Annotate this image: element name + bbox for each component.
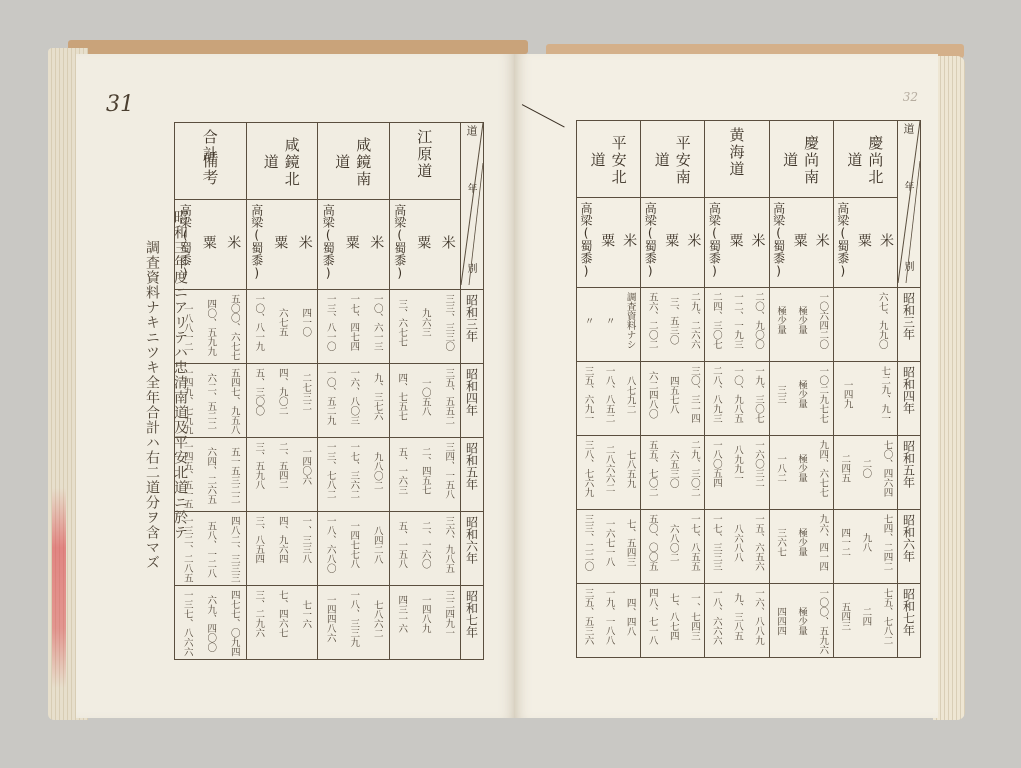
data-cell: 三二四九一一四八九四三一六 xyxy=(389,586,461,660)
data-cell: 一〇、六一三一七、四七四一三、八一〇 xyxy=(318,290,390,364)
value: 七、八七四 xyxy=(666,588,680,645)
value: 七、五四三 xyxy=(623,514,637,571)
data-cell: 九、三七六一六、八〇三一〇、五二九 xyxy=(318,364,390,438)
value: 四四四 xyxy=(773,588,787,655)
value: 極少量 xyxy=(794,292,808,349)
value: 一〇、八一九 xyxy=(251,294,265,351)
region-name: 平安北道 xyxy=(588,121,630,193)
data-cell: 七〇、四六四二〇二四五 xyxy=(833,436,897,510)
value: 三、五三〇 xyxy=(666,292,680,349)
value: 一四五、五一五 xyxy=(180,442,194,509)
value: 四五七八 xyxy=(666,366,680,423)
crop-header-row: 米粟高梁(蜀黍)米粟高梁(蜀黍)米粟高梁(蜀黍)米粟高梁(蜀黍)米粟高梁(蜀黍) xyxy=(577,198,921,288)
value: 三四、一五八 xyxy=(441,442,455,499)
crop-name: 高梁(蜀黍) xyxy=(706,202,723,278)
value: 五八、一二八 xyxy=(203,516,217,583)
region-header-cell: 慶尚北道 xyxy=(833,121,897,198)
region-header-cell: 平安南道 xyxy=(641,121,705,198)
value: 四八、七一八 xyxy=(645,588,659,645)
value: 六二、五二二 xyxy=(203,368,217,435)
data-cell: 七八六二一八、三三九一四四八六 xyxy=(318,586,390,660)
crop-name: 粟 xyxy=(270,204,290,280)
value: 一〇二九七七 xyxy=(815,366,829,423)
crop-name: 米 xyxy=(223,204,243,280)
year-label: 昭和三年 xyxy=(901,288,918,340)
value: 三三、二二〇 xyxy=(581,514,595,571)
crop-name: 米 xyxy=(295,204,315,280)
value: 二、四五七 xyxy=(418,442,432,499)
value: 五一五三二二 xyxy=(227,442,241,509)
region-name: 慶尚南道 xyxy=(780,121,822,193)
value: 三、六七七 xyxy=(394,294,408,351)
value: 極少量 xyxy=(773,292,787,349)
year-label: 昭和三年 xyxy=(464,290,481,342)
value: 二八六六二 xyxy=(602,440,616,497)
data-cell: 五四七、九五八六二、五二二一四九、七九九 xyxy=(175,364,247,438)
value: 一七、八五五 xyxy=(687,514,701,571)
value: 一四八九 xyxy=(418,590,432,638)
pencil-stroke xyxy=(522,104,565,128)
crop-name: 高梁(蜀黍) xyxy=(642,202,659,278)
crop-name: 米 xyxy=(812,202,832,278)
value: 三五、六九一 xyxy=(581,366,595,423)
data-cell: 九八〇二一七、三六二一三、七八二 xyxy=(318,438,390,512)
value: 三八、七六九 xyxy=(581,440,595,497)
region-header-row: 平安北道平安南道黄海道慶尚南道慶尚北道道年別 xyxy=(577,121,921,198)
value: 一八八一二 xyxy=(180,294,194,361)
value: 五〇、〇〇五 xyxy=(645,514,659,571)
data-cell: 七一六七、四六七三、二九六 xyxy=(246,586,318,660)
data-cell: 四八二、三三三五八、一二八一三二、二八五 xyxy=(175,512,247,586)
value: 三六、九八五 xyxy=(441,516,455,573)
crop-name: 高梁(蜀黍) xyxy=(835,202,852,278)
value: 六八〇二 xyxy=(666,514,680,571)
data-cell: 三五、五五二一〇五八四、七五七 xyxy=(389,364,461,438)
value: 一三、八一〇 xyxy=(323,294,337,351)
crop-name: 高梁(蜀黍) xyxy=(177,204,194,280)
cover-edge-left xyxy=(68,40,528,54)
year-cell: 昭和四年 xyxy=(461,364,484,438)
value: 一九、一八八 xyxy=(602,588,616,645)
value: 一四〇六 xyxy=(298,442,312,490)
value: 九六、四一四 xyxy=(815,514,829,571)
value: 一八、三三九 xyxy=(346,590,360,647)
value: 二四、三〇七 xyxy=(709,292,723,349)
value: 二四五 xyxy=(837,440,851,497)
year-cell: 昭和五年 xyxy=(898,436,921,510)
value: 極少量 xyxy=(794,440,808,497)
value: 三三 xyxy=(773,366,787,423)
data-cell: 八四二八一四七七八一八、六八〇 xyxy=(318,512,390,586)
corner-label-top: 道 xyxy=(900,123,916,134)
table-row: 五一五三二二六四、二六五一四五、五一五一四〇六二、五四二三、五九八九八〇二一七、… xyxy=(175,438,484,512)
region-name: 平安南道 xyxy=(652,121,694,193)
corner-header-cell: 道年別 xyxy=(898,121,921,288)
data-cell: 五〇〇、六七七四〇、五九九一八八一二 xyxy=(175,290,247,364)
table-row: 七、五四三一六七一八三三、二二〇一七、八五五六八〇二五〇、〇〇五一五、六五六八六… xyxy=(577,510,921,584)
data-cell: 調査資料ナシ〃〃 xyxy=(577,288,641,362)
data-cell: 一五、六五六八六八八一七、三三三 xyxy=(705,510,769,584)
value: 一六、八八九 xyxy=(751,588,765,645)
value: 七〇、四六四 xyxy=(879,440,893,497)
year-label: 昭和六年 xyxy=(464,512,481,564)
data-cell: 七八五九二八六六二三八、七六九 xyxy=(577,436,641,510)
corner-label-bottom: 別 xyxy=(463,263,478,273)
data-cell: 二九、二六六三、五三〇五六、二〇二 xyxy=(641,288,705,362)
value: 四一〇 xyxy=(298,294,312,351)
table-row: 四八二、三三三五八、一二八一三二、二八五一、三三八四、九六四三、八五四八四二八一… xyxy=(175,512,484,586)
region-name: 江原道 xyxy=(414,123,435,180)
crop-header-cell: 米粟高梁(蜀黍) xyxy=(175,200,247,290)
value: 一〇〇、五九六 xyxy=(815,588,829,655)
region-name: 咸鏡北道 xyxy=(261,123,303,195)
value: 一八、六八〇 xyxy=(323,516,337,573)
value: 五、一六三 xyxy=(394,442,408,499)
value: 七八六二 xyxy=(370,590,384,647)
crop-name: 粟 xyxy=(790,202,810,278)
crop-header-cell: 米粟高梁(蜀黍) xyxy=(577,198,641,288)
value: 二七三二 xyxy=(298,368,312,416)
data-cell: 六七、九九〇 xyxy=(833,288,897,362)
value: 三二四九一 xyxy=(441,590,455,638)
crop-header-cell: 米粟高梁(蜀黍) xyxy=(833,198,897,288)
year-cell: 昭和六年 xyxy=(461,512,484,586)
table-row: 五四七、九五八六二、五二二一四九、七九九二七三二四、九〇二五、三〇〇九、三七六一… xyxy=(175,364,484,438)
value: 九、三七六 xyxy=(370,368,384,425)
crop-header-cell: 米粟高梁(蜀黍) xyxy=(705,198,769,288)
data-cell: 三六、九八五二、一六〇五、一五八 xyxy=(389,512,461,586)
crop-name: 高梁(蜀黍) xyxy=(578,202,595,278)
value: 五、一五八 xyxy=(394,516,408,573)
value: 五〇〇、六七七 xyxy=(227,294,241,361)
data-cell: 三四、一五八二、四五七五、一六三 xyxy=(389,438,461,512)
year-label: 昭和七年 xyxy=(901,584,918,636)
value: 六七、九九〇 xyxy=(875,292,889,349)
value: 一八二 xyxy=(773,440,787,497)
value: 二九、三〇二 xyxy=(687,440,701,497)
region-name: 慶尚北道 xyxy=(844,121,886,193)
corner-label-middle: 年 xyxy=(463,183,478,193)
value: 四〇、五九九 xyxy=(203,294,217,361)
data-cell: 一〇六四二〇極少量極少量 xyxy=(769,288,833,362)
year-label: 昭和七年 xyxy=(464,586,481,638)
page-number: 32 xyxy=(903,90,918,104)
data-cell: 一、七四三七、八七四四八、七一八 xyxy=(641,584,705,658)
page-number: 31 xyxy=(106,92,134,117)
region-name: 咸鏡南道 xyxy=(332,123,374,195)
value: 一、三三八 xyxy=(298,516,312,564)
crop-name: 粟 xyxy=(661,202,681,278)
crop-name: 高梁(蜀黍) xyxy=(320,204,337,280)
table-row: 七八五九二八六六二三八、七六九二九、三〇二六五三〇五五、七〇二一六〇三二八九九一… xyxy=(577,436,921,510)
value: 一七、三六二 xyxy=(346,442,360,499)
value: 九八 xyxy=(858,514,872,571)
crop-header-cell: 米粟高梁(蜀黍) xyxy=(246,200,318,290)
value: 一四九 xyxy=(840,366,854,423)
region-header-cell: 江原道 xyxy=(389,123,461,200)
crop-name: 米 xyxy=(366,204,386,280)
value: 九八〇二 xyxy=(370,442,384,499)
value: 八七九二 xyxy=(623,366,637,423)
value: 六二四八〇 xyxy=(645,366,659,423)
value: 四、九〇二 xyxy=(275,368,289,416)
region-header-cell: 平安北道 xyxy=(577,121,641,198)
data-cell: 九六、四一四極少量三六七 xyxy=(769,510,833,584)
value: 極少量 xyxy=(794,514,808,571)
table-row: 四七七、〇九四六九、四〇〇一三七、八六六七一六七、四六七三、二九六七八六二一八、… xyxy=(175,586,484,660)
value: 三五、五五二 xyxy=(441,368,455,425)
value: 四、四八 xyxy=(623,588,637,645)
crop-name: 高梁(蜀黍) xyxy=(771,202,788,278)
table-row: 四、四八一九、一八八三五、五三六一、七四三七、八七四四八、七一八一六、八八九九、… xyxy=(577,584,921,658)
value: 六七五 xyxy=(275,294,289,351)
data-cell: 九四、六七七極少量一八二 xyxy=(769,436,833,510)
region-header-cell: 咸鏡北道 xyxy=(246,123,318,200)
value: 極少量 xyxy=(794,366,808,423)
value: 五四七、九五八 xyxy=(227,368,241,435)
data-cell: 一〇〇、五九六極少量四四四 xyxy=(769,584,833,658)
value: 六五三〇 xyxy=(666,440,680,497)
data-cell: 七、五四三一六七一八三三、二二〇 xyxy=(577,510,641,584)
value: 八六八八 xyxy=(730,514,744,571)
value: 二、一六〇 xyxy=(418,516,432,573)
crop-name: 粟 xyxy=(199,204,219,280)
crop-name: 粟 xyxy=(725,202,745,278)
crop-name: 粟 xyxy=(413,204,433,280)
diagonal-lines xyxy=(461,123,483,285)
value: 四三一六 xyxy=(394,590,408,638)
data-cell: 一六〇三二八九九一一八〇五四 xyxy=(705,436,769,510)
red-stamp-mark xyxy=(52,488,66,688)
data-cell: 七四、二四二九八四一二 xyxy=(833,510,897,584)
data-cell: 四一〇六七五一〇、八一九 xyxy=(246,290,318,364)
region-header-cell: 黄海道 xyxy=(705,121,769,198)
region-name: 合計 xyxy=(200,123,221,163)
statistics-table-right: 平安北道平安南道黄海道慶尚南道慶尚北道道年別米粟高梁(蜀黍)米粟高梁(蜀黍)米粟… xyxy=(576,120,921,658)
value: 三、五九八 xyxy=(251,442,265,490)
right-page: 32 平安北道平安南道黄海道慶尚南道慶尚北道道年別米粟高梁(蜀黍)米粟高梁(蜀黍… xyxy=(514,54,938,718)
crop-name: 米 xyxy=(748,202,768,278)
value: 二〇 xyxy=(858,440,872,497)
value: 一三二、二八五 xyxy=(180,516,194,583)
crop-name: 米 xyxy=(619,202,639,278)
value: 〃 xyxy=(602,292,616,349)
value: 一八、八五二 xyxy=(602,366,616,423)
region-name: 黄海道 xyxy=(726,121,747,178)
data-cell: 二七三二四、九〇二五、三〇〇 xyxy=(246,364,318,438)
value: 四一二 xyxy=(837,514,851,571)
value: 〃 xyxy=(581,292,595,349)
value: 調査資料ナシ xyxy=(623,292,637,349)
value: 七四、二四二 xyxy=(879,514,893,571)
left-page: 31 備考 昭和三年度ニアリテハ忠清南道及平安北道ニ於テ 調査資料ナキニツキ全年… xyxy=(76,54,516,718)
data-cell: 二〇、九〇〇一二、一九三二四、三〇七 xyxy=(705,288,769,362)
value: 七一六 xyxy=(298,590,312,638)
value: 一三七、八六六 xyxy=(180,590,194,657)
value: 四八二、三三三 xyxy=(227,516,241,583)
corner-header-cell: 道年別 xyxy=(461,123,484,290)
crop-header-cell: 米粟高梁(蜀黍) xyxy=(389,200,461,290)
value: 七、四六七 xyxy=(275,590,289,638)
remarks-line: 調査資料ナキニツキ全年合計ハ右二道分ヲ含マズ xyxy=(142,240,162,710)
value: 九六三 xyxy=(418,294,432,351)
value: 三、八五四 xyxy=(251,516,265,564)
value: 一〇、六一三 xyxy=(370,294,384,351)
data-cell: 一〇二九七七極少量三三 xyxy=(769,362,833,436)
value: 二九、二六六 xyxy=(687,292,701,349)
value: 六四、二六五 xyxy=(203,442,217,509)
value: 九四、六七七 xyxy=(815,440,829,497)
year-cell: 昭和五年 xyxy=(461,438,484,512)
value: 六九、四〇〇 xyxy=(203,590,217,657)
region-header-cell: 慶尚南道 xyxy=(769,121,833,198)
corner-label-middle: 年 xyxy=(900,181,915,191)
data-cell: 一、三三八四、九六四三、八五四 xyxy=(246,512,318,586)
data-cell: 一六、八八九九、三八五一八、六六六 xyxy=(705,584,769,658)
value: 二、五四二 xyxy=(275,442,289,490)
year-label: 昭和六年 xyxy=(901,510,918,562)
value: 三六七 xyxy=(773,514,787,571)
statistics-table-left: 合計咸鏡北道咸鏡南道江原道道年別米粟高梁(蜀黍)米粟高梁(蜀黍)米粟高梁(蜀黍)… xyxy=(174,122,484,660)
year-cell: 昭和七年 xyxy=(898,584,921,658)
data-cell: 七五、七八二二四五四三 xyxy=(833,584,897,658)
region-header-cell: 合計 xyxy=(175,123,247,200)
year-label: 昭和五年 xyxy=(464,438,481,490)
value: 二八、八九三 xyxy=(709,366,723,423)
open-book: 31 備考 昭和三年度ニアリテハ忠清南道及平安北道ニ於テ 調査資料ナキニツキ全年… xyxy=(48,40,968,730)
value: 一五、六五六 xyxy=(751,514,765,571)
data-cell: 二九、三〇二六五三〇五五、七〇二 xyxy=(641,436,705,510)
crop-name: 米 xyxy=(683,202,703,278)
data-cell: 四、四八一九、一八八三五、五三六 xyxy=(577,584,641,658)
value: 一〇、九八五 xyxy=(730,366,744,423)
value: 一二、一九三 xyxy=(730,292,744,349)
value: 四、九六四 xyxy=(275,516,289,564)
year-cell: 昭和三年 xyxy=(461,290,484,364)
corner-label-top: 道 xyxy=(463,125,479,136)
value: 五六、二〇二 xyxy=(645,292,659,349)
crop-name: 粟 xyxy=(342,204,362,280)
data-cell: 一九、三〇七一〇、九八五二八、八九三 xyxy=(705,362,769,436)
table-row: 八七九二一八、八五二三五、六九一三〇、三一四四五七八六二四八〇一九、三〇七一〇、… xyxy=(577,362,921,436)
value: 四、七五七 xyxy=(394,368,408,425)
data-cell: 五一五三二二六四、二六五一四五、五一五 xyxy=(175,438,247,512)
value: 八四二八 xyxy=(370,516,384,573)
value: 一六、八〇三 xyxy=(346,368,360,425)
crop-name: 米 xyxy=(438,204,458,280)
value: 一七、三三三 xyxy=(709,514,723,571)
crop-header-row: 米粟高梁(蜀黍)米粟高梁(蜀黍)米粟高梁(蜀黍)米粟高梁(蜀黍) xyxy=(175,200,484,290)
data-cell: 三〇、三一四四五七八六二四八〇 xyxy=(641,362,705,436)
crop-name: 粟 xyxy=(854,202,874,278)
value: 八九九一 xyxy=(730,440,744,488)
value: 七二九、九一 xyxy=(877,366,891,423)
value: 七八五九 xyxy=(623,440,637,497)
value: 三三、三三〇 xyxy=(441,294,455,351)
value: 三、二九六 xyxy=(251,590,265,638)
value: 一、七四三 xyxy=(687,588,701,645)
diagonal-lines xyxy=(898,121,920,283)
crop-name: 米 xyxy=(876,202,896,278)
value: 一八、六六六 xyxy=(709,588,723,645)
value: 九、三八五 xyxy=(730,588,744,645)
table-row: 五〇〇、六七七四〇、五九九一八八一二四一〇六七五一〇、八一九一〇、六一三一七、四… xyxy=(175,290,484,364)
value: 一八〇五四 xyxy=(709,440,723,488)
crop-header-cell: 米粟高梁(蜀黍) xyxy=(318,200,390,290)
value: 三〇、三一四 xyxy=(687,366,701,423)
region-header-cell: 咸鏡南道 xyxy=(318,123,390,200)
data-cell: 三三、三三〇九六三三、六七七 xyxy=(389,290,461,364)
value: 極少量 xyxy=(794,588,808,655)
value: 四七七、〇九四 xyxy=(227,590,241,657)
crop-header-cell: 米粟高梁(蜀黍) xyxy=(769,198,833,288)
year-label: 昭和四年 xyxy=(901,362,918,414)
crop-name: 高梁(蜀黍) xyxy=(392,204,409,280)
year-cell: 昭和四年 xyxy=(898,362,921,436)
crop-name: 粟 xyxy=(597,202,617,278)
value: 五四三 xyxy=(837,588,851,645)
value: 一〇五八 xyxy=(418,368,432,425)
value: 一四七七八 xyxy=(346,516,360,573)
value: 三五、五三六 xyxy=(581,588,595,645)
value: 五五、七〇二 xyxy=(645,440,659,497)
region-header-row: 合計咸鏡北道咸鏡南道江原道道年別 xyxy=(175,123,484,200)
year-label: 昭和五年 xyxy=(901,436,918,488)
value: 一三、七八二 xyxy=(323,442,337,499)
crop-name: 高梁(蜀黍) xyxy=(249,204,266,280)
value: 五、三〇〇 xyxy=(251,368,265,416)
crop-header-cell: 米粟高梁(蜀黍) xyxy=(641,198,705,288)
value: 一六〇三二 xyxy=(751,440,765,488)
value: 一九、三〇七 xyxy=(751,366,765,423)
value: 一〇、五二九 xyxy=(323,368,337,425)
table-row: 調査資料ナシ〃〃二九、二六六三、五三〇五六、二〇二二〇、九〇〇一二、一九三二四、… xyxy=(577,288,921,362)
value: 一六七一八 xyxy=(602,514,616,571)
value: 二四 xyxy=(858,588,872,645)
value: 一四四八六 xyxy=(323,590,337,647)
data-cell: 一七、八五五六八〇二五〇、〇〇五 xyxy=(641,510,705,584)
value: 七五、七八二 xyxy=(879,588,893,645)
corner-label-bottom: 別 xyxy=(900,261,915,271)
data-cell: 一四〇六二、五四二三、五九八 xyxy=(246,438,318,512)
year-cell: 昭和三年 xyxy=(898,288,921,362)
value: 一四九、七九九 xyxy=(180,368,194,435)
data-cell: 八七九二一八、八五二三五、六九一 xyxy=(577,362,641,436)
year-cell: 昭和七年 xyxy=(461,586,484,660)
year-cell: 昭和六年 xyxy=(898,510,921,584)
data-cell: 四七七、〇九四六九、四〇〇一三七、八六六 xyxy=(175,586,247,660)
year-label: 昭和四年 xyxy=(464,364,481,416)
value: 一〇六四二〇 xyxy=(815,292,829,349)
value: 二〇、九〇〇 xyxy=(751,292,765,349)
value: 一七、四七四 xyxy=(346,294,360,351)
data-cell: 七二九、九一一四九 xyxy=(833,362,897,436)
